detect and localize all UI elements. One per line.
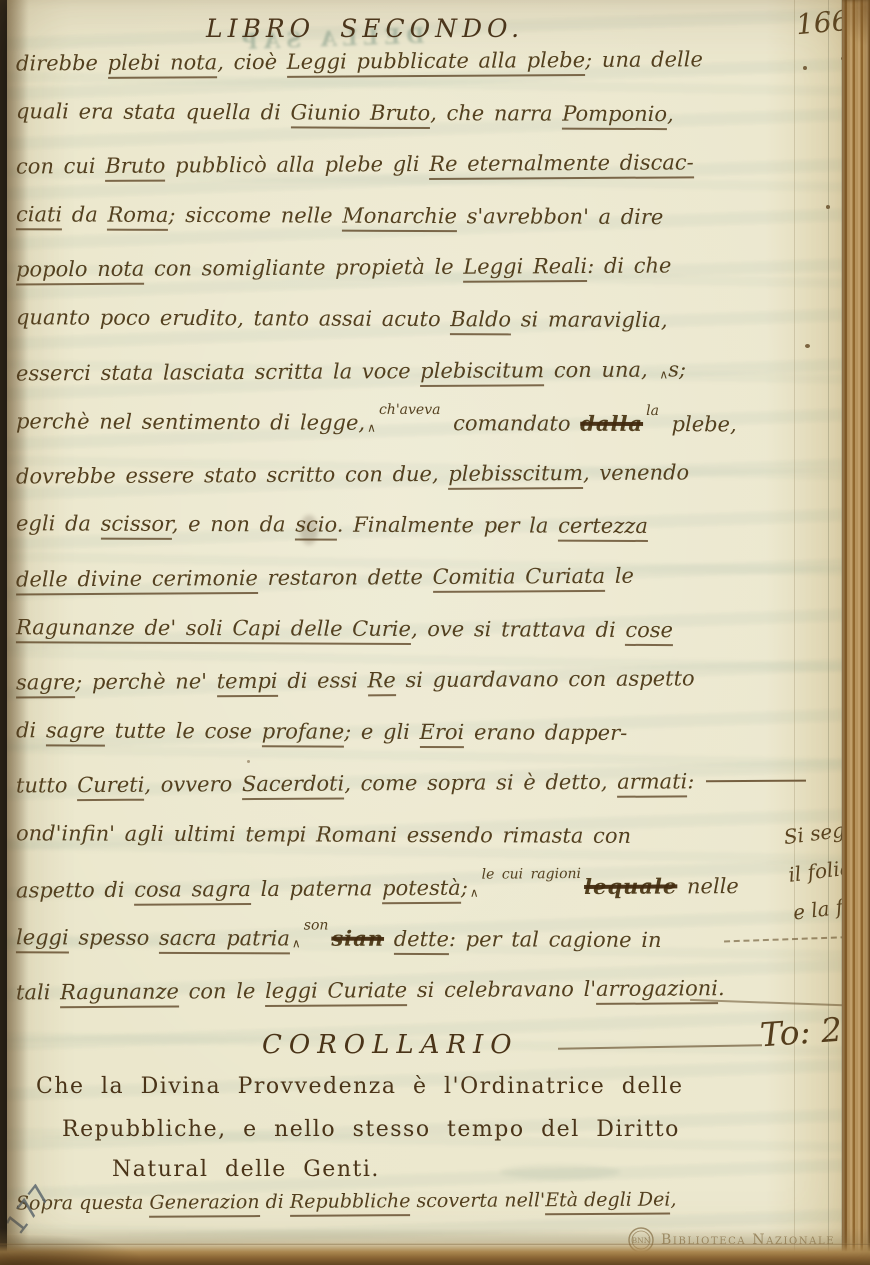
- corollario-line: Repubbliche, e nello stesso tempo del Di…: [62, 1117, 680, 1142]
- manuscript-line: con cui Bruto pubblicò alla plebe gli Re…: [16, 137, 826, 194]
- manuscript-segment: Bruto: [105, 154, 165, 182]
- manuscript-segment: Re eternalmente discac-: [429, 151, 694, 181]
- manuscript-segment: Generazion: [149, 1191, 259, 1218]
- manuscript-segment: ∧: [367, 421, 376, 435]
- manuscript-segment: si guardavano con aspetto: [396, 666, 695, 692]
- manuscript-segment: erano dapper-: [464, 720, 627, 745]
- ink-smudge: [500, 1165, 620, 1179]
- manuscript-segment: sagre: [46, 718, 105, 746]
- manuscript-segment: s'avrebbon' a dire: [457, 204, 664, 229]
- manuscript-segment: leggi Curiate: [265, 978, 407, 1007]
- manuscript-segment: profane: [262, 719, 344, 747]
- manuscript-segment: Leggi Reali: [463, 254, 587, 283]
- manuscript-segment: si celebravano l': [407, 977, 596, 1002]
- manuscript-segment: ; e gli: [344, 719, 420, 743]
- manuscript-segment: cosa sagra: [134, 877, 251, 906]
- manuscript-segment: [384, 927, 394, 951]
- manuscript-segment: sacra patria: [159, 926, 290, 955]
- ink-speck: [247, 760, 250, 763]
- manuscript-segment: , e non da: [172, 512, 296, 537]
- ink-speck: [805, 344, 810, 348]
- manuscript-segment: comandato: [443, 411, 580, 436]
- manuscript-segment: .: [718, 976, 725, 1000]
- manuscript-segment: son: [304, 918, 329, 934]
- left-binding-edge: [0, 0, 7, 1265]
- manuscript-line: popolo nota con somigliante propietà le …: [16, 240, 826, 297]
- manuscript-segment: : per tal cagione in: [449, 927, 662, 952]
- manuscript-segment: delle divine cerimonie: [16, 566, 258, 595]
- manuscript-segment: aspetto di: [16, 877, 134, 902]
- manuscript-segment: ond'infin' agli ultimi tempi Romani esse…: [16, 821, 631, 848]
- manuscript-segment: , ovvero: [144, 772, 242, 797]
- manuscript-segment: plebe,: [662, 412, 737, 436]
- manuscript-line: egli da scissor, e non da scio. Finalmen…: [16, 499, 826, 554]
- manuscript-line: tali Ragunanze con le leggi Curiate si c…: [16, 962, 826, 1019]
- manuscript-line: delle divine cerimonie restaron dette Co…: [16, 549, 826, 606]
- manuscript-line: direbbe plebi nota, cioè Leggi pubblicat…: [16, 34, 826, 91]
- manuscript-segment: ;: [461, 875, 468, 899]
- manuscript-segment: scoverta nell': [410, 1189, 545, 1212]
- manuscript-line: Ragunanze de' soli Capi delle Curie, ove…: [16, 602, 826, 657]
- manuscript-segment: Re: [367, 668, 395, 696]
- manuscript-segment: ,: [667, 102, 674, 126]
- manuscript-line: quali era stata quella di Giunio Bruto, …: [16, 86, 826, 141]
- manuscript-page: DELLA SAP LIBRO SECONDO. 166 direbbe ple…: [0, 0, 870, 1265]
- manuscript-line: aspetto di cosa sagra la paterna potestà…: [16, 859, 826, 916]
- manuscript-segment: quanto poco erudito, tanto assai acuto: [16, 305, 450, 331]
- manuscript-segment: la paterna: [251, 876, 382, 901]
- manuscript-segment: plebisscitum: [448, 461, 583, 490]
- manuscript-segment: scio: [295, 513, 337, 541]
- manuscript-segment: plebiscitum: [420, 358, 544, 387]
- manuscript-segment: Giunio Bruto: [290, 100, 430, 129]
- manuscript-segment: con cui: [16, 154, 105, 179]
- manuscript-segment: lequale: [584, 873, 677, 899]
- manuscript-body: direbbe plebi nota, cioè Leggi pubblicat…: [16, 36, 826, 1016]
- manuscript-segment: ch'aveva: [379, 402, 441, 418]
- manuscript-segment: pubblicò alla plebe gli: [165, 152, 429, 178]
- manuscript-segment: ,: [670, 1189, 676, 1211]
- manuscript-segment: le cui ragioni: [482, 866, 582, 883]
- manuscript-segment: Comitia Curiata: [432, 564, 605, 593]
- manuscript-segment: ∧: [470, 885, 479, 899]
- closing-line: Sopra questa Generazion di Repubbliche s…: [16, 1184, 846, 1218]
- manuscript-segment: , ove si trattava di: [411, 616, 626, 641]
- manuscript-segment: ; perchè ne': [75, 669, 217, 694]
- manuscript-segment: ∧: [659, 367, 668, 381]
- manuscript-segment: da: [62, 202, 107, 226]
- manuscript-segment: sian: [331, 926, 384, 951]
- manuscript-segment: popolo nota: [16, 257, 145, 286]
- manuscript-segment: ; una delle: [585, 47, 703, 72]
- manuscript-segment: la: [646, 403, 659, 419]
- manuscript-segment: di: [259, 1191, 289, 1213]
- bottom-corner-stain: [0, 1235, 140, 1265]
- manuscript-segment: le: [605, 564, 634, 588]
- manuscript-line: tutto Cureti, ovvero Sacerdoti, come sop…: [16, 756, 826, 813]
- manuscript-line: perchè nel sentimento di legge,∧ch'aveva…: [16, 395, 826, 450]
- manuscript-segment: s;: [668, 357, 686, 381]
- left-edge-shadow: [7, 0, 29, 1265]
- manuscript-segment: Eroi: [420, 720, 465, 748]
- manuscript-segment: Sacerdoti: [242, 772, 345, 801]
- corollario-line: Natural delle Genti.: [112, 1157, 380, 1182]
- manuscript-segment: ∧: [292, 937, 301, 951]
- manuscript-segment: tempi: [217, 669, 278, 697]
- manuscript-segment: : di che: [587, 254, 671, 279]
- manuscript-segment: con somigliante propietà le: [144, 255, 463, 281]
- manuscript-segment: Ragunanze de' soli Capi delle Curie: [16, 615, 411, 645]
- manuscript-segment: armati: [617, 770, 687, 798]
- manuscript-segment: certezza: [558, 514, 648, 542]
- manuscript-segment: , venendo: [583, 460, 689, 485]
- manuscript-segment: , cioè: [217, 50, 287, 74]
- manuscript-segment: di essi: [278, 668, 368, 693]
- manuscript-segment: perchè nel sentimento di legge,: [16, 409, 365, 435]
- manuscript-segment: dovrebbe essere stato scritto con due,: [16, 462, 448, 489]
- margin-rule: [558, 1044, 762, 1050]
- manuscript-segment: Roma: [107, 202, 168, 230]
- manuscript-segment: quali era stata quella di: [16, 99, 291, 124]
- manuscript-segment: cose: [625, 617, 673, 645]
- manuscript-line: quanto poco erudito, tanto assai acuto B…: [16, 292, 826, 347]
- manuscript-segment: , che narra: [430, 101, 562, 126]
- manuscript-segment: direbbe: [16, 51, 108, 76]
- manuscript-segment: con una,: [544, 357, 657, 382]
- manuscript-line: leggi spesso sacra patria∧sonsian dette:…: [16, 911, 826, 966]
- manuscript-segment: Età degli Dei: [545, 1189, 670, 1216]
- manuscript-segment: [706, 780, 806, 783]
- manuscript-segment: si maraviglia,: [511, 307, 668, 332]
- manuscript-segment: tutte le cose: [105, 718, 262, 743]
- corner-stain: [840, 0, 870, 46]
- manuscript-line: di sagre tutte le cose profane; e gli Er…: [16, 705, 826, 760]
- page-crease: [794, 0, 795, 1265]
- manuscript-segment: Leggi pubblicate alla plebe: [287, 48, 586, 78]
- manuscript-segment: Ragunanze: [60, 979, 179, 1008]
- manuscript-segment: plebi nota: [108, 50, 218, 79]
- manuscript-segment: Baldo: [450, 307, 511, 335]
- manuscript-segment: . Finalmente per la: [337, 513, 558, 538]
- manuscript-line: ond'infin' agli ultimi tempi Romani esse…: [16, 808, 826, 863]
- manuscript-line: sagre; perchè ne' tempi di essi Re si gu…: [16, 653, 826, 710]
- manuscript-segment: potestà: [382, 875, 461, 903]
- manuscript-segment: nelle: [677, 874, 739, 898]
- manuscript-segment: :: [687, 770, 694, 794]
- manuscript-line: esserci stata lasciata scritta la voce p…: [16, 343, 826, 400]
- manuscript-line: ciati da Roma; siccome nelle Monarchie s…: [16, 189, 826, 244]
- manuscript-segment: spesso: [69, 926, 159, 950]
- manuscript-segment: Monarchie: [342, 203, 457, 232]
- manuscript-segment: Repubbliche: [290, 1190, 411, 1217]
- manuscript-segment: dalla: [580, 411, 643, 436]
- manuscript-segment: , come sopra si è detto,: [344, 770, 617, 796]
- manuscript-segment: restaron dette: [258, 565, 433, 590]
- manuscript-segment: Cureti: [77, 773, 144, 801]
- manuscript-line: Sopra questa Generazion di Repubbliche s…: [16, 1181, 846, 1220]
- manuscript-segment: dette: [394, 927, 449, 955]
- ink-speck: [803, 66, 807, 70]
- manuscript-segment: esserci stata lasciata scritta la voce: [16, 359, 420, 385]
- page-stack-edge: [842, 0, 870, 1265]
- manuscript-line: dovrebbe essere stato scritto con due, p…: [16, 446, 826, 503]
- manuscript-segment: ; siccome nelle: [168, 203, 342, 228]
- page-edge-lines: [828, 0, 842, 1265]
- manuscript-segment: scissor: [101, 512, 172, 540]
- corollario-heading: COROLLARIO: [262, 1030, 519, 1060]
- corollario-line: Che la Divina Provvedenza è l'Ordinatric…: [36, 1074, 683, 1099]
- manuscript-segment: Pomponio: [562, 101, 667, 129]
- manuscript-segment: con le: [179, 979, 265, 1004]
